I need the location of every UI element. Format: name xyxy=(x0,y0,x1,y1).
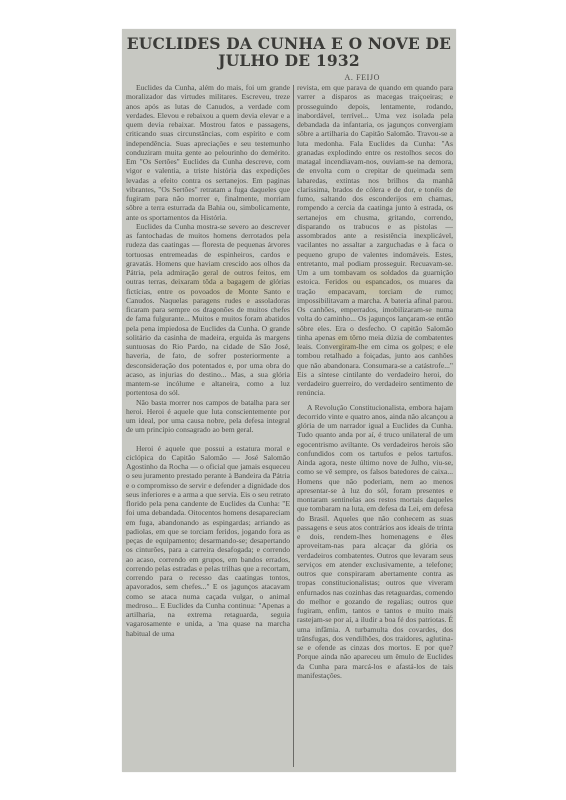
paragraph: A Revolução Constitucionalista, embora h… xyxy=(297,403,453,681)
newspaper-clipping: EUCLIDES DA CUNHA E O NOVE DE JULHO DE 1… xyxy=(122,29,456,772)
headline-line-1: EUCLIDES DA CUNHA E O NOVE DE xyxy=(122,35,456,52)
paragraph: Euclides da Cunha mostra-se severo ao de… xyxy=(126,222,290,398)
column-divider xyxy=(293,85,294,767)
right-column: revista, em que parava de quando em quan… xyxy=(297,83,453,680)
paragraph: Não basta morrer nos campos de batalha p… xyxy=(126,398,290,435)
article-headline: EUCLIDES DA CUNHA E O NOVE DE JULHO DE 1… xyxy=(122,35,456,69)
headline-line-2: JULHO DE 1932 xyxy=(122,52,456,69)
paragraph: Euclides da Cunha, além do mais, foi um … xyxy=(126,83,290,222)
author-byline: A. FEIJO xyxy=(345,73,380,82)
left-column: Euclides da Cunha, além do mais, foi um … xyxy=(126,83,290,638)
paragraph: Heroi é aquele que possui a estatura mor… xyxy=(126,444,290,638)
paragraph: revista, em que parava de quando em quan… xyxy=(297,83,453,398)
